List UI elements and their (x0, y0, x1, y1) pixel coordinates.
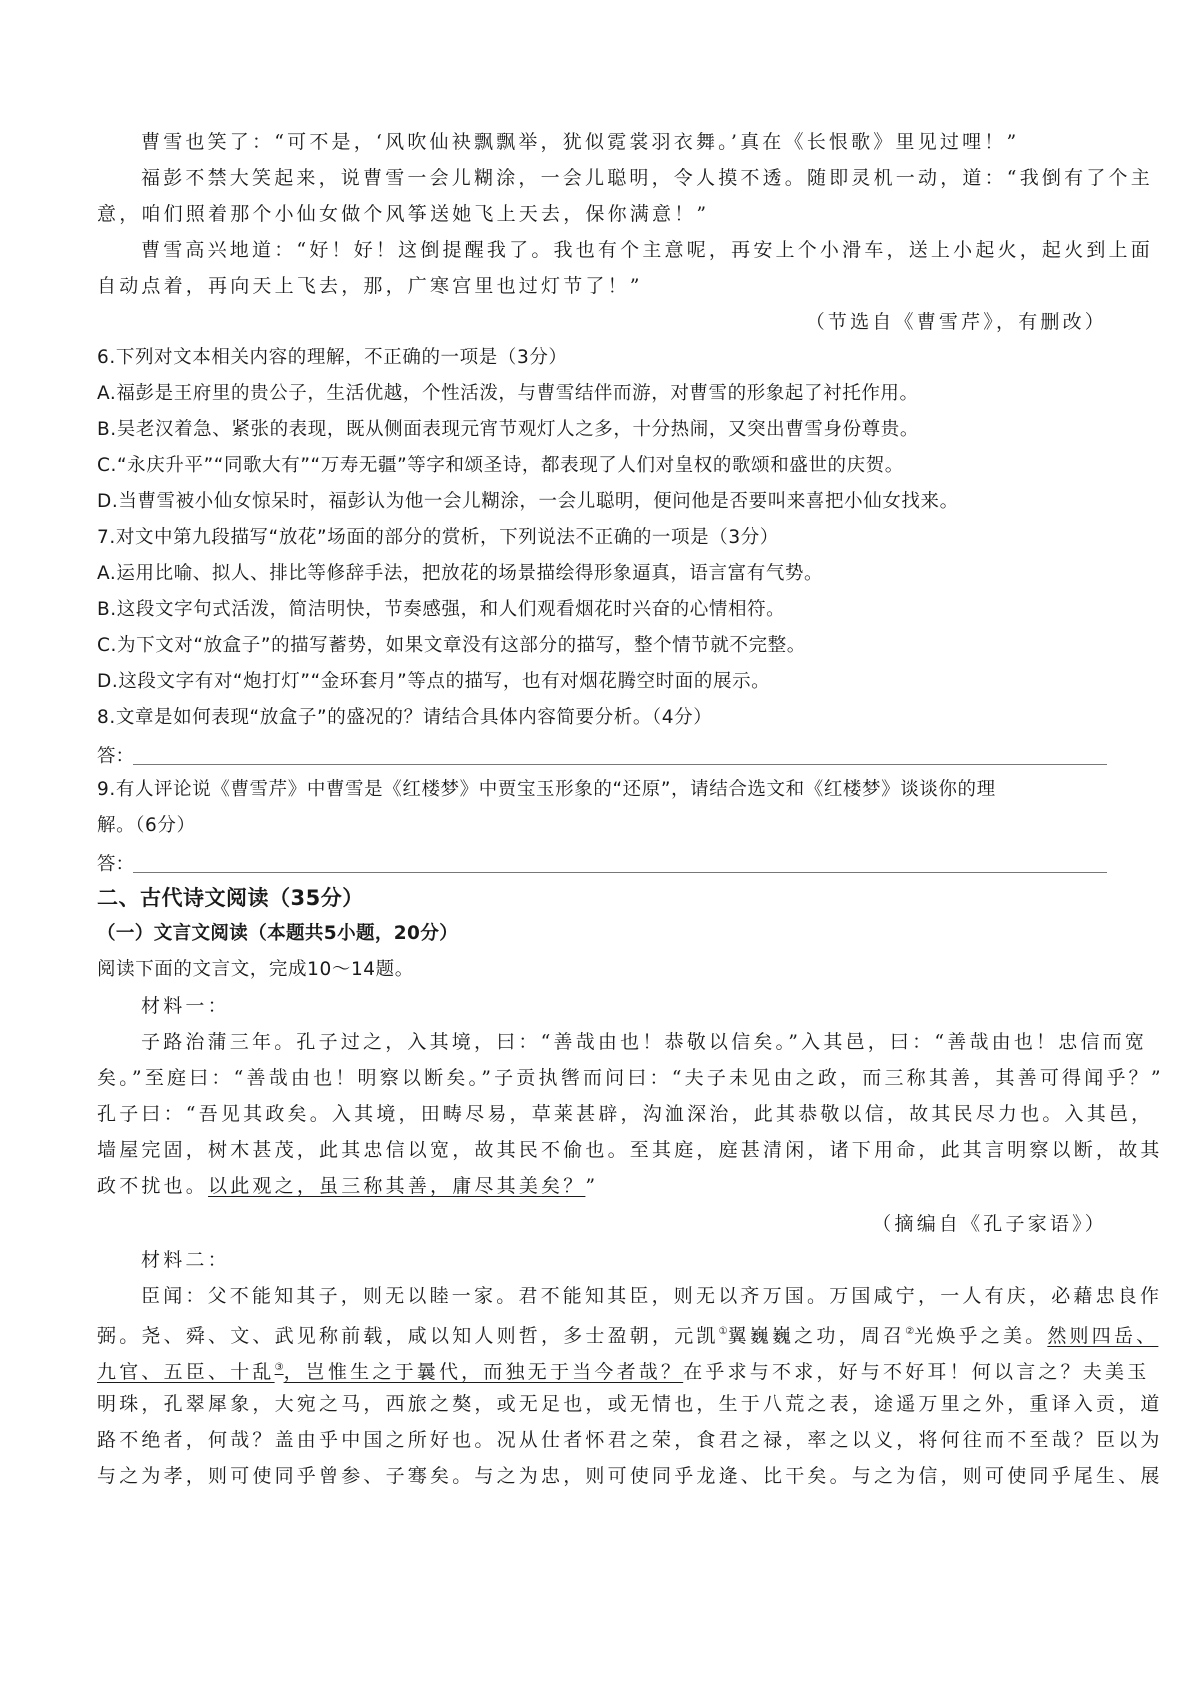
material-2-line: 路不绝者，何哉？盖由乎中国之所好也。况从仕者怀君之荣，食君之禄，率之以义，将何往… (97, 1428, 1163, 1452)
question-6-option-a: A.福彭是王府里的贵公子，生活优越，个性活泼，与曹雪结伴而游，对曹雪的形象起了衬… (97, 382, 919, 406)
question-8-stem: 8.文章是如何表现“放盒子”的盛况的？请结合具体内容简要分析。（4分） (97, 706, 712, 730)
footnote-marker-1: ① (719, 1326, 728, 1337)
material-2-text: 在乎求与不求，好与不好耳！何以言之？夫美玉 (683, 1361, 1149, 1383)
answer-rule (133, 764, 1107, 765)
closing-quote: ” (585, 1175, 598, 1197)
story-source: （节选自《曹雪芹》，有删改） (806, 310, 1107, 334)
question-6-stem: 6.下列对文本相关内容的理解，不正确的一项是（3分） (97, 346, 568, 370)
story-paragraph: 曹雪也笑了：“可不是，‘风吹仙袂飘飘举，犹似霓裳羽衣舞。’真在《长恨歌》里见过哩… (141, 130, 1019, 154)
section-subtitle: （一）文言文阅读（本题共5小题，20分） (97, 922, 458, 946)
story-paragraph: 自动点着，再向天上飞去，那，广寒宫里也过灯节了！” (97, 274, 643, 298)
material-1-line: 子路治蒲三年。孔子过之，入其境，曰：“善哉由也！恭敬以信矣。”入其邑，曰：“善哉… (141, 1030, 1147, 1054)
footnote-marker-3: ③ (275, 1362, 284, 1373)
question-9-answer-field[interactable]: 答： (97, 850, 1107, 874)
material-1-source: （摘编自《孔子家语》） (872, 1212, 1107, 1236)
story-paragraph: 曹雪高兴地道：“好！好！这倒提醒我了。我也有个主意呢，再安上个小滑车，送上小起火… (141, 238, 1153, 262)
material-1-label: 材料一： (141, 994, 230, 1018)
story-paragraph: 福彭不禁大笑起来，说曹雪一会儿糊涂，一会儿聪明，令人摸不透。随即灵机一动，道：“… (141, 166, 1153, 190)
material-1-text: 政不扰也。 (97, 1175, 208, 1197)
question-6-option-b: B.吴老汉着急、紧张的表现，既从侧面表现元宵节观灯人之多，十分热闹，又突出曹雪身… (97, 418, 919, 442)
material-2-line: 臣闻：父不能知其子，则无以睦一家。君不能知其臣，则无以齐万国。万国咸宁，一人有庆… (141, 1284, 1162, 1308)
question-7-option-c: C.为下文对“放盒子”的描写蓄势，如果文章没有这部分的描写，整个情节就不完整。 (97, 634, 806, 658)
footnote-marker-2: ② (905, 1326, 914, 1337)
question-6-option-d: D.当曹雪被小仙女惊呆时，福彭认为他一会儿糊涂，一会儿聪明，便问他是否要叫来喜把… (97, 490, 959, 514)
question-7-option-b: B.这段文字句式活泼，简洁明快，节奏感强，和人们观看烟花时兴奋的心情相符。 (97, 598, 785, 622)
story-paragraph: 意，咱们照着那个小仙女做个风筝送她飞上天去，保你满意！” (97, 202, 709, 226)
material-1-line: 墙屋完固，树木甚茂，此其忠信以宽，故其民不偷也。至其庭，庭甚清闲，诸下用命，此其… (97, 1138, 1163, 1162)
underlined-sentence: 然则四岳、 (1047, 1325, 1158, 1347)
question-6-option-c: C.“永庆升平”“同歌大有”“万寿无疆”等字和颂圣诗，都表现了人们对皇权的歌颂和… (97, 454, 904, 478)
material-2-line: 与之为孝，则可使同乎曾参、子骞矣。与之为忠，则可使同乎龙逄、比干矣。与之为信，则… (97, 1464, 1163, 1488)
underlined-sentence: 以此观之，虽三称其善，庸尽其美矣？ (208, 1175, 585, 1197)
material-2-text: 弼。尧、舜、文、武见称前载，咸以知人则哲，多士盈朝，元凯 (97, 1325, 719, 1347)
answer-label: 答： (97, 742, 134, 768)
answer-label: 答： (97, 850, 134, 876)
material-2-text: 翼巍巍之功，周召 (728, 1325, 906, 1347)
section-title: 二、古代诗文阅读（35分） (97, 886, 364, 910)
material-2-text: 光焕乎之美。 (914, 1325, 1047, 1347)
question-7-stem: 7.对文中第九段描写“放花”场面的部分的赏析，下列说法不正确的一项是（3分） (97, 526, 779, 550)
question-7-option-d: D.这段文字有对“炮打灯”“金环套月”等点的描写，也有对烟花腾空时面的展示。 (97, 670, 770, 694)
material-2-line: 弼。尧、舜、文、武见称前载，咸以知人则哲，多士盈朝，元凯①翼巍巍之功，周召②光焕… (97, 1320, 1158, 1348)
material-2-label: 材料二： (141, 1248, 230, 1272)
question-9-stem: 9.有人评论说《曹雪芹》中曹雪是《红楼梦》中贾宝玉形象的“还原”，请结合选文和《… (97, 778, 996, 802)
section-instruction: 阅读下面的文言文，完成10～14题。 (97, 958, 414, 982)
underlined-sentence: 九官、五臣、十乱 (97, 1361, 275, 1383)
answer-rule (133, 872, 1107, 873)
material-1-line: 矣。”至庭曰：“善哉由也！明察以断矣。”子贡执辔而问曰：“夫子未见由之政，而三称… (97, 1066, 1164, 1090)
material-2-line: 明珠，孔翠犀象，大宛之马，西旅之獒，或无足也，或无情也，生于八荒之表，途遥万里之… (97, 1392, 1163, 1416)
material-1-line: 政不扰也。以此观之，虽三称其善，庸尽其美矣？” (97, 1174, 598, 1198)
underlined-sentence: ，岂惟生之于曩代，而独无于当今者哉？ (284, 1361, 684, 1383)
material-1-line: 孔子曰：“吾见其政矣。入其境，田畴尽易，草莱甚辟，沟洫深治，此其恭敬以信，故其民… (97, 1102, 1153, 1126)
question-9-stem-cont: 解。（6分） (97, 814, 196, 838)
question-7-option-a: A.运用比喻、拟人、排比等修辞手法，把放花的场景描绘得形象逼真，语言富有气势。 (97, 562, 823, 586)
question-8-answer-field[interactable]: 答： (97, 742, 1107, 766)
material-2-line: 九官、五臣、十乱③，岂惟生之于曩代，而独无于当今者哉？在乎求与不求，好与不好耳！… (97, 1356, 1149, 1384)
